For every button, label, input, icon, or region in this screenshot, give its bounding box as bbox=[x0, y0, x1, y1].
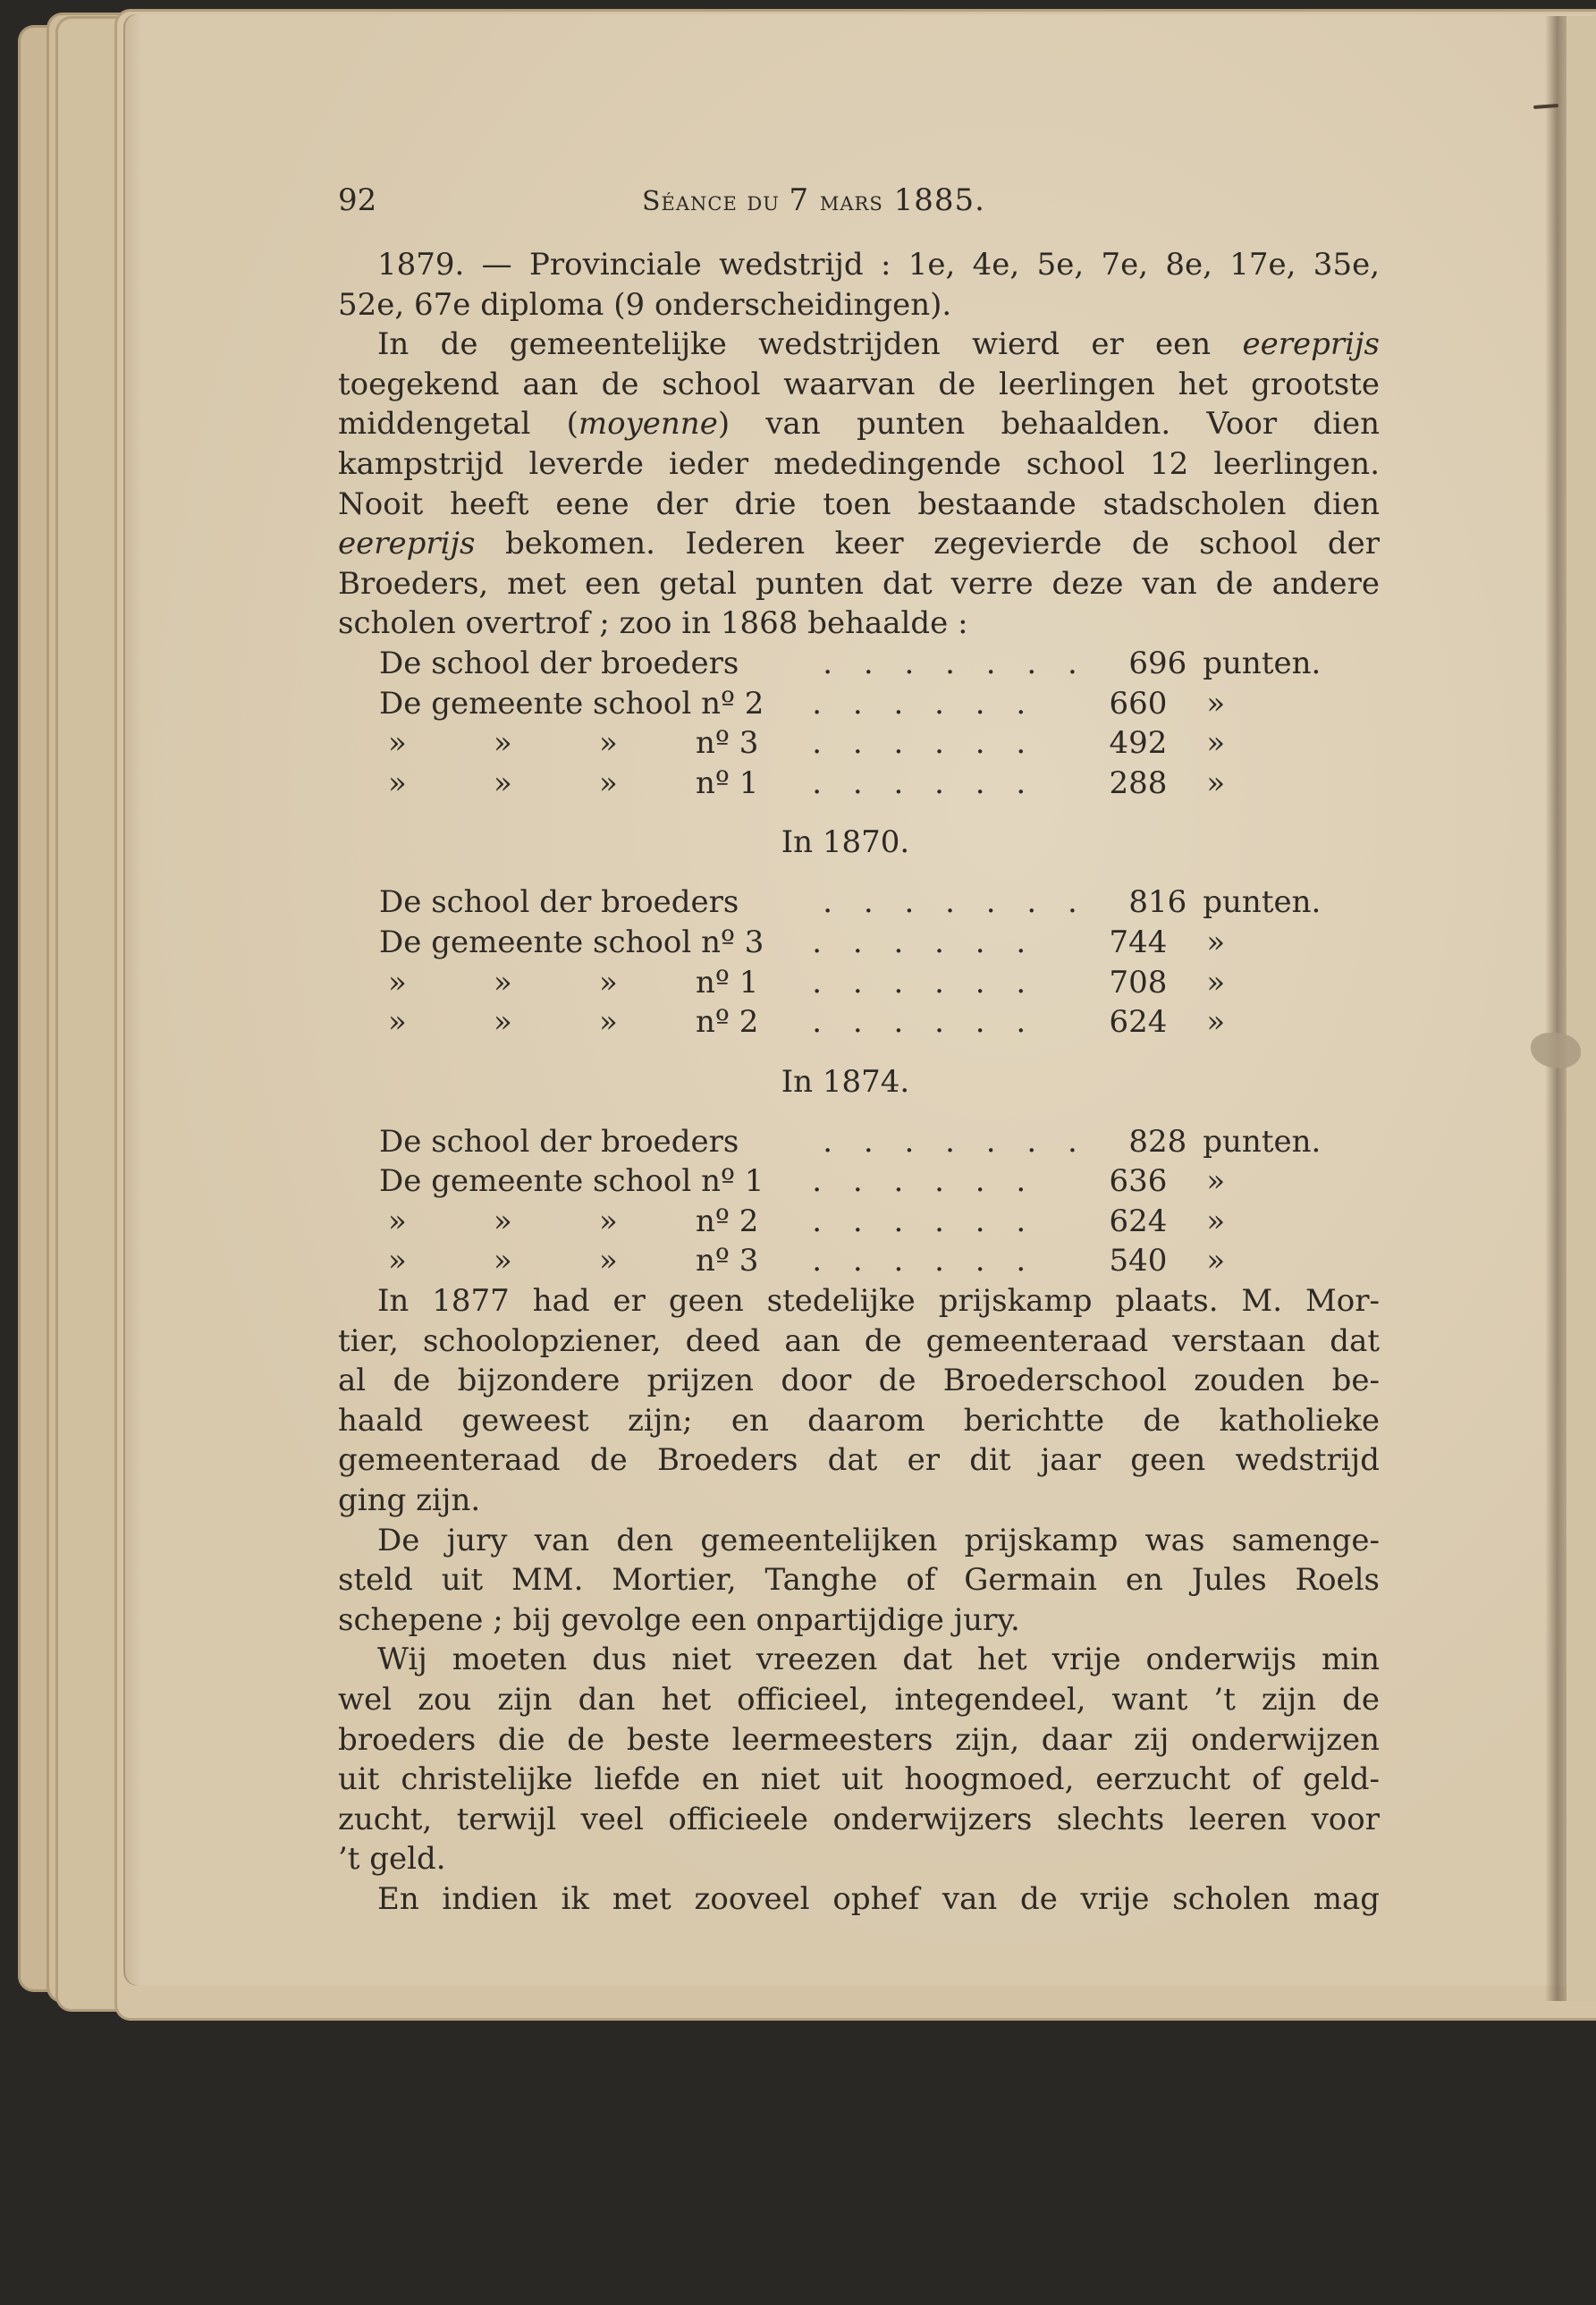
points-value: 636 bbox=[1098, 1161, 1167, 1202]
text-line: gemeenteraad de Broeders dat er dit jaar… bbox=[338, 1440, 1380, 1481]
ditto-mark: » bbox=[1167, 923, 1354, 963]
leader-dots: . . . . . . bbox=[812, 1002, 1098, 1043]
leader-dots: . . . . . . . bbox=[823, 1122, 1116, 1162]
text-line: kampstrijd leverde ieder mededingende sc… bbox=[338, 444, 1380, 485]
paragraph-vrije-onderwijs: Wij moeten dus niet vreezen dat het vrij… bbox=[338, 1640, 1380, 1879]
table-row: De school der broeders . . . . . . . 696… bbox=[379, 644, 1354, 684]
text-line: wel zou zijn dan het officieel, integend… bbox=[338, 1680, 1380, 1720]
text-line: tier, schoolopziener, deed aan de gemeen… bbox=[338, 1321, 1380, 1362]
text-line: In 1877 had er geen stedelijke prijskamp… bbox=[338, 1281, 1380, 1321]
facing-page-edge bbox=[1566, 16, 1596, 2001]
leader-dots: . . . . . . bbox=[812, 684, 1098, 724]
points-value: 744 bbox=[1098, 923, 1167, 963]
school-name: »»»nº 3 bbox=[379, 1241, 812, 1281]
points-value: 696 bbox=[1116, 644, 1186, 684]
leader-dots: . . . . . . . bbox=[823, 882, 1116, 923]
school-name: De school der broeders bbox=[379, 882, 823, 923]
school-name: De gemeente school nº 3 bbox=[379, 923, 812, 963]
leader-dots: . . . . . . bbox=[812, 923, 1098, 963]
school-name: De gemeente school nº 1 bbox=[379, 1161, 812, 1202]
points-value: 828 bbox=[1116, 1122, 1186, 1162]
points-value: 624 bbox=[1098, 1002, 1167, 1043]
table-row: »»»nº 2 . . . . . . 624 » bbox=[379, 1202, 1354, 1242]
text-line: toegekend aan de school waarvan de leerl… bbox=[338, 365, 1380, 405]
points-value: 288 bbox=[1098, 764, 1167, 804]
leader-dots: . . . . . . bbox=[812, 723, 1098, 764]
points-value: 540 bbox=[1098, 1241, 1167, 1281]
text-line: De jury van den gemeentelijken prijskamp… bbox=[338, 1521, 1380, 1561]
points-unit: punten. bbox=[1186, 882, 1354, 923]
page-number: 92 bbox=[338, 181, 376, 221]
paragraph-1879: 1879. — Provinciale wedstrijd : 1e, 4e, … bbox=[338, 245, 1380, 325]
school-name: »»»nº 2 bbox=[379, 1002, 812, 1043]
score-table-1868: De school der broeders . . . . . . . 696… bbox=[379, 644, 1354, 803]
table-row: De gemeente school nº 2 . . . . . . 660 … bbox=[379, 684, 1354, 724]
text-line: En indien ik met zooveel ophef van de vr… bbox=[338, 1879, 1380, 1920]
school-name: »»»nº 1 bbox=[379, 764, 812, 804]
leader-dots: . . . . . . bbox=[812, 1241, 1098, 1281]
table-row: De gemeente school nº 3 . . . . . . 744 … bbox=[379, 923, 1354, 963]
text-line: ging zijn. bbox=[338, 1481, 1380, 1521]
table-row: De gemeente school nº 1 . . . . . . 636 … bbox=[379, 1161, 1354, 1202]
paragraph-eereprijs: In de gemeentelijke wedstrijden wierd er… bbox=[338, 325, 1380, 644]
table-row: »»»nº 1 . . . . . . 708 » bbox=[379, 963, 1354, 1003]
leader-dots: . . . . . . bbox=[812, 1161, 1098, 1202]
ditto-mark: » bbox=[1167, 1002, 1354, 1043]
text-line: zucht, terwijl veel officieele onderwijz… bbox=[338, 1800, 1380, 1840]
points-unit: punten. bbox=[1186, 644, 1354, 684]
text-line: middengetal (moyenne) van punten behaald… bbox=[338, 404, 1380, 444]
running-title: Séance du 7 mars 1885. bbox=[642, 181, 985, 223]
leader-dots: . . . . . . bbox=[812, 963, 1098, 1003]
text-line: ’t geld. bbox=[338, 1839, 1380, 1879]
ditto-mark: » bbox=[1167, 1161, 1354, 1202]
points-value: 624 bbox=[1098, 1202, 1167, 1242]
text-line: eereprijs bekomen. Iederen keer zegevier… bbox=[338, 524, 1380, 564]
points-value: 708 bbox=[1098, 963, 1167, 1003]
ditto-mark: » bbox=[1167, 764, 1354, 804]
paragraph-1877: In 1877 had er geen stedelijke prijskamp… bbox=[338, 1281, 1380, 1521]
table-row: De school der broeders . . . . . . . 816… bbox=[379, 882, 1354, 923]
text-line: schepene ; bij gevolge een onpartijdige … bbox=[338, 1600, 1380, 1641]
paragraph-jury: De jury van den gemeentelijken prijskamp… bbox=[338, 1521, 1380, 1641]
text-line: 1879. — Provinciale wedstrijd : 1e, 4e, … bbox=[338, 245, 1380, 285]
running-head: 92 Séance du 7 mars 1885. bbox=[338, 175, 1380, 229]
ditto-mark: » bbox=[1167, 684, 1354, 724]
year-heading-1874: In 1874. bbox=[311, 1043, 1380, 1122]
school-name: De gemeente school nº 2 bbox=[379, 684, 812, 724]
text-line: In de gemeentelijke wedstrijden wierd er… bbox=[338, 325, 1380, 365]
points-unit: punten. bbox=[1186, 1122, 1354, 1162]
school-name: »»»nº 2 bbox=[379, 1202, 812, 1242]
text-line: haald geweest zijn; en daarom berichtte … bbox=[338, 1401, 1380, 1441]
ditto-mark: » bbox=[1167, 1202, 1354, 1242]
text-line: Broeders, met een getal punten dat verre… bbox=[338, 564, 1380, 604]
points-value: 492 bbox=[1098, 723, 1167, 764]
points-value: 816 bbox=[1116, 882, 1186, 923]
table-row: De school der broeders . . . . . . . 828… bbox=[379, 1122, 1354, 1162]
page-text: 92 Séance du 7 mars 1885. 1879. — Provin… bbox=[338, 175, 1380, 1920]
ditto-mark: » bbox=[1167, 963, 1354, 1003]
table-row: »»»nº 1 . . . . . . 288 » bbox=[379, 764, 1354, 804]
text-line: al de bijzondere prijzen door de Broeder… bbox=[338, 1361, 1380, 1401]
text-line: steld uit MM. Mortier, Tanghe of Germain… bbox=[338, 1560, 1380, 1600]
table-row: »»»nº 2 . . . . . . 624 » bbox=[379, 1002, 1354, 1043]
leader-dots: . . . . . . . bbox=[823, 644, 1116, 684]
school-name: De school der broeders bbox=[379, 644, 823, 684]
ditto-mark: » bbox=[1167, 723, 1354, 764]
year-heading-1870: In 1870. bbox=[311, 803, 1380, 882]
text-line: Nooit heeft eene der drie toen bestaande… bbox=[338, 485, 1380, 525]
school-name: »»»nº 3 bbox=[379, 723, 812, 764]
table-row: »»»nº 3 . . . . . . 540 » bbox=[379, 1241, 1354, 1281]
points-value: 660 bbox=[1098, 684, 1167, 724]
paragraph-ophef: En indien ik met zooveel ophef van de vr… bbox=[338, 1879, 1380, 1920]
text-line: Wij moeten dus niet vreezen dat het vrij… bbox=[338, 1640, 1380, 1680]
text-line: scholen overtrof ; zoo in 1868 behaalde … bbox=[338, 604, 1380, 644]
table-row: »»»nº 3 . . . . . . 492 » bbox=[379, 723, 1354, 764]
text-line: uit christelijke liefde en niet uit hoog… bbox=[338, 1760, 1380, 1800]
leader-dots: . . . . . . bbox=[812, 1202, 1098, 1242]
leader-dots: . . . . . . bbox=[812, 764, 1098, 804]
school-name: De school der broeders bbox=[379, 1122, 823, 1162]
score-table-1874: De school der broeders . . . . . . . 828… bbox=[379, 1122, 1354, 1281]
school-name: »»»nº 1 bbox=[379, 963, 812, 1003]
score-table-1870: De school der broeders . . . . . . . 816… bbox=[379, 882, 1354, 1042]
ditto-mark: » bbox=[1167, 1241, 1354, 1281]
text-line: 52e, 67e diploma (9 onderscheidingen). bbox=[338, 285, 1380, 325]
text-line: broeders die de beste leermeesters zijn,… bbox=[338, 1720, 1380, 1760]
